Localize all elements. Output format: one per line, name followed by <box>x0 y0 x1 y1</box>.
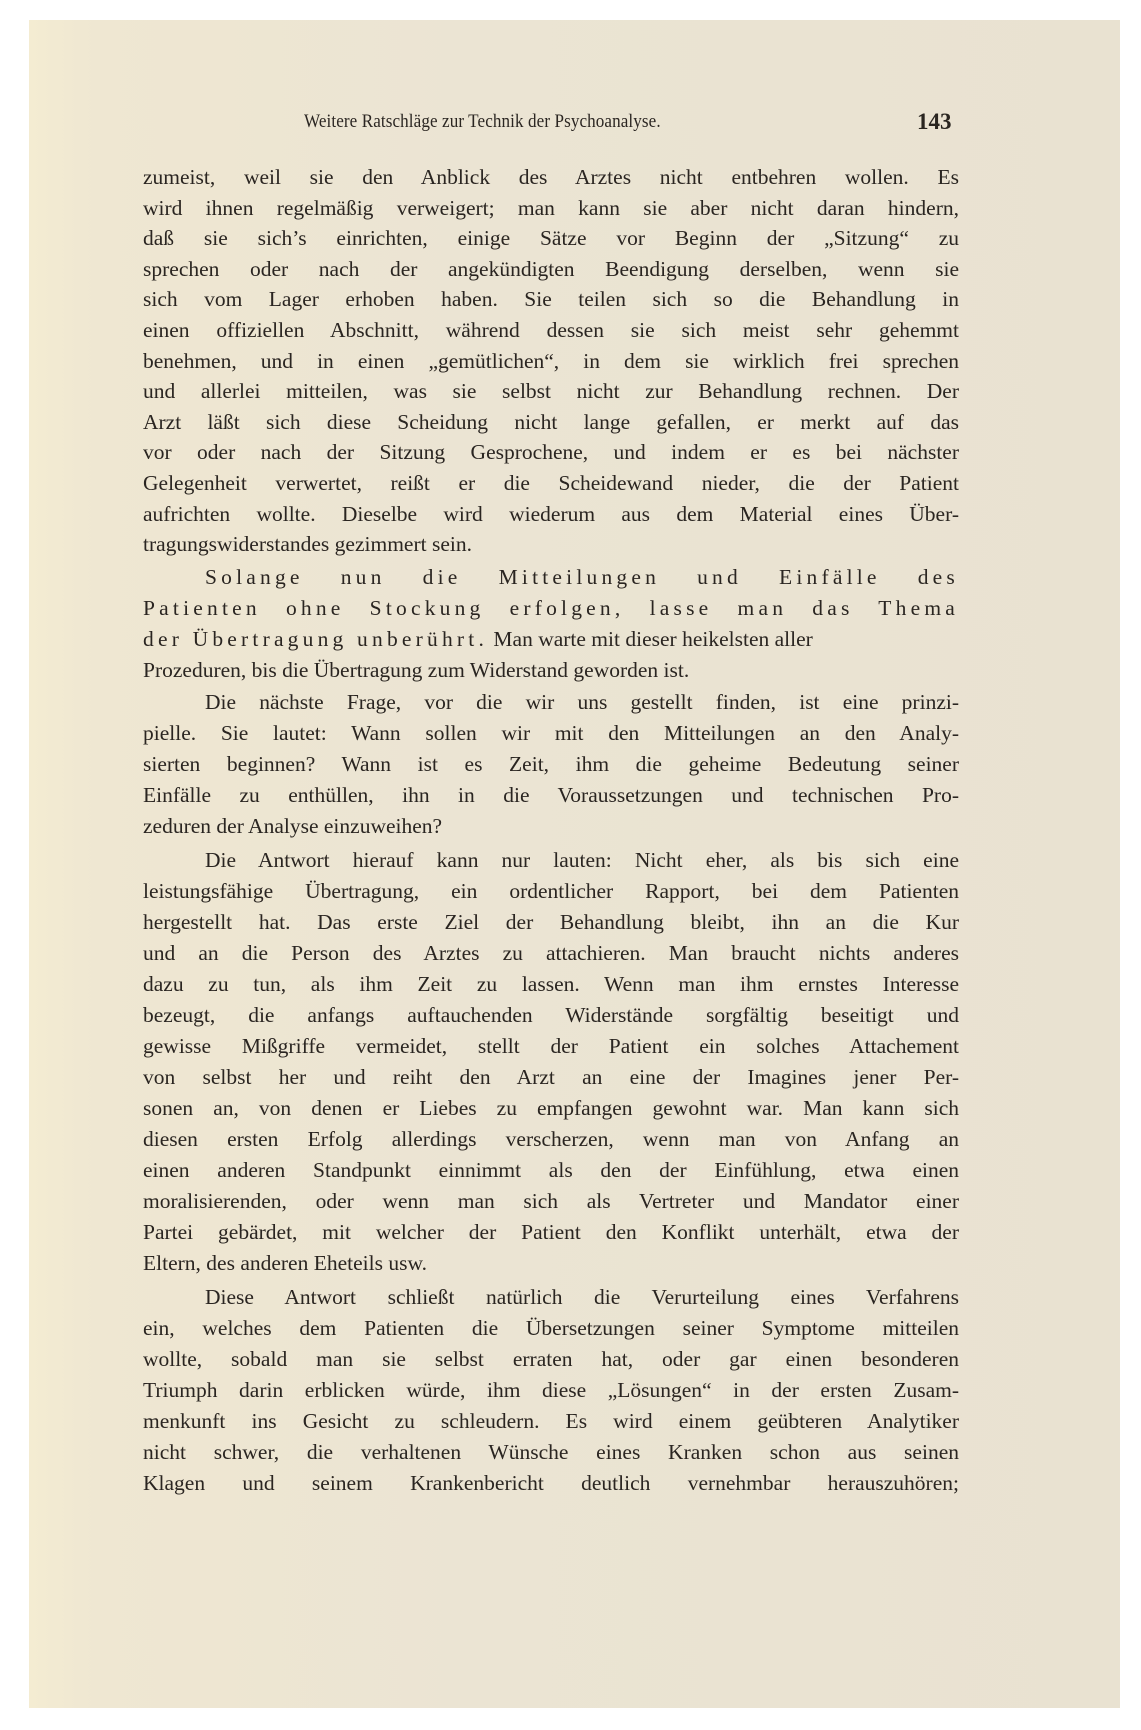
text-line: daß sie sich’s einrichten, einige Sätze … <box>143 223 959 253</box>
text-line: diesen ersten Erfolg allerdings verscher… <box>143 1124 959 1154</box>
text-line: benehmen, und in einen „gemütlichen“, in… <box>143 346 959 376</box>
text-line: menkunft ins Gesicht zu schleudern. Es w… <box>143 1406 959 1436</box>
text-line: leistungsfähige Übertragung, ein ordentl… <box>143 876 959 906</box>
text-line: dazu zu tun, als ihm Zeit zu lassen. Wen… <box>143 969 959 999</box>
text-line: Triumph darin erblicken würde, ihm diese… <box>143 1375 959 1405</box>
text-line-spaced: Solange nun die Mitteilungen und Einfäll… <box>205 562 959 592</box>
text-line: Die nächste Frage, vor die wir uns geste… <box>205 687 959 717</box>
text-line: Arzt läßt sich diese Scheidung nicht lan… <box>143 407 959 437</box>
text-line: wird ihnen regelmäßig verweigert; man ka… <box>143 193 959 223</box>
spaced-emphasis: der Übertragung unberührt. <box>143 627 488 651</box>
text-line: sich vom Lager erhoben haben. Sie teilen… <box>143 284 959 314</box>
text-line: zeduren der Analyse einzuweihen? <box>143 811 959 841</box>
page-number: 143 <box>917 109 952 135</box>
page-header: Weitere Ratschläge zur Technik der Psych… <box>29 111 1120 137</box>
text-line: nicht schwer, die verhaltenen Wünsche ei… <box>143 1437 959 1467</box>
text-line: einen anderen Standpunkt einnimmt als de… <box>143 1155 959 1185</box>
text-line: Eltern, des anderen Eheteils usw. <box>143 1248 959 1278</box>
text-line: von selbst her und reiht den Arzt an ein… <box>143 1062 959 1092</box>
text-line: Einfälle zu enthüllen, ihn in die Voraus… <box>143 780 959 810</box>
text-line: sprechen oder nach der angekündigten Bee… <box>143 254 959 284</box>
text-line: ein, welches dem Patienten die Übersetzu… <box>143 1313 959 1343</box>
text-line: Prozeduren, bis die Übertragung zum Wide… <box>143 655 959 685</box>
text-line: sonen an, von denen er Liebes zu empfang… <box>143 1093 959 1123</box>
text-line: wollte, sobald man sie selbst erraten ha… <box>143 1344 959 1374</box>
text-line: hergestellt hat. Das erste Ziel der Beha… <box>143 907 959 937</box>
text-line: einen offiziellen Abschnitt, während des… <box>143 315 959 345</box>
text-line: und allerlei mitteilen, was sie selbst n… <box>143 376 959 406</box>
running-title: Weitere Ratschläge zur Technik der Psych… <box>304 111 661 133</box>
text-line-spaced: Patienten ohne Stockung erfolgen, lasse … <box>143 593 959 623</box>
book-page: Weitere Ratschläge zur Technik der Psych… <box>29 20 1120 1708</box>
text-line: und an die Person des Arztes zu attachie… <box>143 938 959 968</box>
text-line: aufrichten wollte. Dieselbe wird wiederu… <box>143 499 959 529</box>
text-line: tragungswiderstandes gezimmert sein. <box>143 529 959 559</box>
text-line: Gelegenheit verwertet, reißt er die Sche… <box>143 468 959 498</box>
text-line: Die Antwort hierauf kann nur lauten: Nic… <box>205 845 959 875</box>
text-line: Diese Antwort schließt natürlich die Ver… <box>205 1282 959 1312</box>
text-line: sierten beginnen? Wann ist es Zeit, ihm … <box>143 749 959 779</box>
text-line: vor oder nach der Sitzung Gesprochene, u… <box>143 437 959 467</box>
text-line: Partei gebärdet, mit welcher der Patient… <box>143 1217 959 1247</box>
text-line: pielle. Sie lautet: Wann sollen wir mit … <box>143 718 959 748</box>
text-line: moralisierenden, oder wenn man sich als … <box>143 1186 959 1216</box>
text-line: Klagen und seinem Krankenbericht deutlic… <box>143 1468 959 1498</box>
text-line: gewisse Mißgriffe vermeidet, stellt der … <box>143 1031 959 1061</box>
text-line: bezeugt, die anfangs auftauchenden Wider… <box>143 1000 959 1030</box>
text-line: zumeist, weil sie den Anblick des Arztes… <box>143 162 959 192</box>
text-fragment: Man warte mit dieser heikelsten aller <box>488 627 813 651</box>
text-line: der Übertragung unberührt. Man warte mit… <box>143 624 959 654</box>
